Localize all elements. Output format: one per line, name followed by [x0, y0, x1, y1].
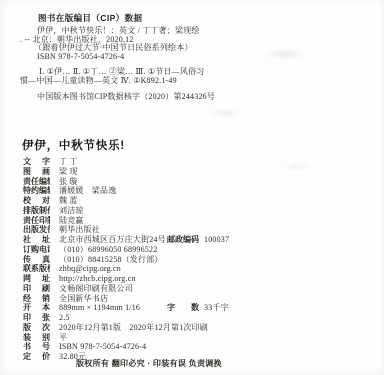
- credit-row: 传 真（010）88415258（发行部）: [23, 255, 363, 265]
- credit-label: 联系版权: [23, 264, 50, 274]
- cip-classification-block: Ⅰ. ①伊… Ⅱ. ①丁… ②梁… Ⅲ. ①节日—风俗习 惯—中国—儿童读物—英…: [20, 68, 204, 85]
- cip-record-line: ISBN 978-7-5054-4726-4: [20, 53, 200, 62]
- credit-value: 平: [59, 333, 67, 342]
- credit-value: zhbq@cipg.org.cn: [59, 264, 121, 273]
- credit-label: 排版制作: [23, 206, 50, 216]
- copyright-notice: 版权所有 翻印必究 · 印装有误 负责调换: [76, 359, 222, 368]
- credit-row: 装 别平: [23, 333, 363, 343]
- credit-row: 书 号ISBN 978-7-5054-4726-4: [23, 342, 363, 352]
- credit-row: 责任印制陆竞赢: [23, 216, 363, 226]
- credit-label: 文 字: [23, 157, 50, 167]
- credit-value: 刘洁琼: [59, 206, 84, 215]
- credit-row: 校 对魏 蓝: [23, 196, 363, 206]
- credit-value: 张 璇: [59, 177, 78, 186]
- colophon-page: 图书在版编目（CIP）数据 伊伊，中秋节快乐！：英文 / 丁丁著；梁现绘 . -…: [0, 0, 384, 375]
- credit-row: 文 字丁 丁: [23, 157, 363, 167]
- credit-value: 2.5: [59, 313, 70, 322]
- credit-value: 889mm × 1194mm 1/16: [59, 303, 140, 312]
- cip-record-number: 中国版本图书馆CIP数据核字（2020）第244326号: [37, 93, 215, 102]
- credit-label: 经 销: [23, 294, 50, 304]
- credit-label: 校 对: [23, 196, 50, 206]
- credit-value: http://zhcb.cipg.org.cn: [59, 274, 136, 283]
- credit-value: 潘媛媛 梁品逸: [59, 186, 116, 195]
- credit-value: ISBN 978-7-5054-4726-4: [59, 342, 146, 351]
- scan-smudge: [208, 108, 242, 118]
- credit-label: 版 次: [23, 323, 50, 333]
- credit-label-secondary: 字 数: [167, 303, 199, 313]
- credit-value-secondary: 33千字: [204, 303, 229, 313]
- credit-label: 社 址: [23, 235, 50, 245]
- credit-row: 出版发行朝华出版社: [23, 225, 363, 235]
- credit-label: 责任编辑: [23, 177, 50, 187]
- book-title: 伊伊，中秋节快乐!: [22, 140, 125, 152]
- credit-row: 版 次2020年12月第1版 2020年12月第1次印刷: [23, 323, 363, 333]
- credit-label: 网 址: [23, 274, 50, 284]
- credit-label: 开 本: [23, 303, 50, 313]
- credit-value: 丁 丁: [59, 157, 78, 166]
- credit-row: 网 址http://zhcb.cipg.org.cn: [23, 274, 363, 284]
- credit-value: （010）68996050 68996522: [59, 245, 157, 254]
- credit-label: 定 价: [23, 352, 50, 362]
- credit-label: 订购电话: [23, 245, 50, 255]
- credit-row: 特约编辑潘媛媛 梁品逸: [23, 186, 363, 196]
- credit-row: 经 销全国新华书店: [23, 294, 363, 304]
- credits-table: 文 字丁 丁图 画梁 现责任编辑张 璇特约编辑潘媛媛 梁品逸校 对魏 蓝排版制作…: [23, 157, 363, 362]
- credit-row: 印 张2.5: [23, 313, 363, 323]
- credit-value: 北京市西城区百万庄大街24号: [59, 235, 166, 244]
- credit-label-secondary: 邮政编码: [167, 235, 199, 245]
- cip-classification-line: 惯—中国—儿童读物—英文 Ⅳ. ①K892.1-49: [20, 77, 204, 86]
- credit-value: 陆竞赢: [59, 216, 84, 225]
- credit-row: 责任编辑张 璇: [23, 177, 363, 187]
- credit-label: 出版发行: [23, 225, 50, 235]
- credit-value: 魏 蓝: [59, 196, 78, 205]
- credit-row: 开 本889mm × 1194mm 1/16字 数33千字: [23, 303, 363, 313]
- credit-row: 社 址北京市西城区百万庄大街24号邮政编码100037: [23, 235, 363, 245]
- credit-label: 责任印制: [23, 216, 50, 226]
- credit-value: 文畅阁印刷有限公司: [59, 284, 133, 293]
- credit-value: 朝华出版社: [59, 225, 100, 234]
- credit-label: 印 张: [23, 313, 50, 323]
- credit-label: 特约编辑: [23, 186, 50, 196]
- cip-heading: 图书在版编目（CIP）数据: [38, 12, 142, 24]
- credit-value-secondary: 100037: [204, 235, 229, 245]
- credit-row: 图 画梁 现: [23, 167, 363, 177]
- credit-value: 梁 现: [59, 167, 78, 176]
- credit-row: 订购电话（010）68996050 68996522: [23, 245, 363, 255]
- credit-label: 传 真: [23, 255, 50, 265]
- credit-value: 2020年12月第1版 2020年12月第1次印刷: [59, 323, 208, 332]
- credit-label: 装 别: [23, 333, 50, 343]
- cip-record-block: 伊伊，中秋节快乐！：英文 / 丁丁著；梁现绘 . -- 北京：朝华出版社，202…: [20, 27, 200, 62]
- credit-row: 联系版权zhbq@cipg.org.cn: [23, 264, 363, 274]
- credit-row: 排版制作刘洁琼: [23, 206, 363, 216]
- credit-label: 书 号: [23, 342, 50, 352]
- scan-smudge: [262, 48, 308, 60]
- credit-value: 全国新华书店: [59, 294, 108, 303]
- credit-label: 图 画: [23, 167, 50, 177]
- credit-value: （010）88415258（发行部）: [59, 255, 163, 264]
- credit-row: 印 刷文畅阁印刷有限公司: [23, 284, 363, 294]
- credit-label: 印 刷: [23, 284, 50, 294]
